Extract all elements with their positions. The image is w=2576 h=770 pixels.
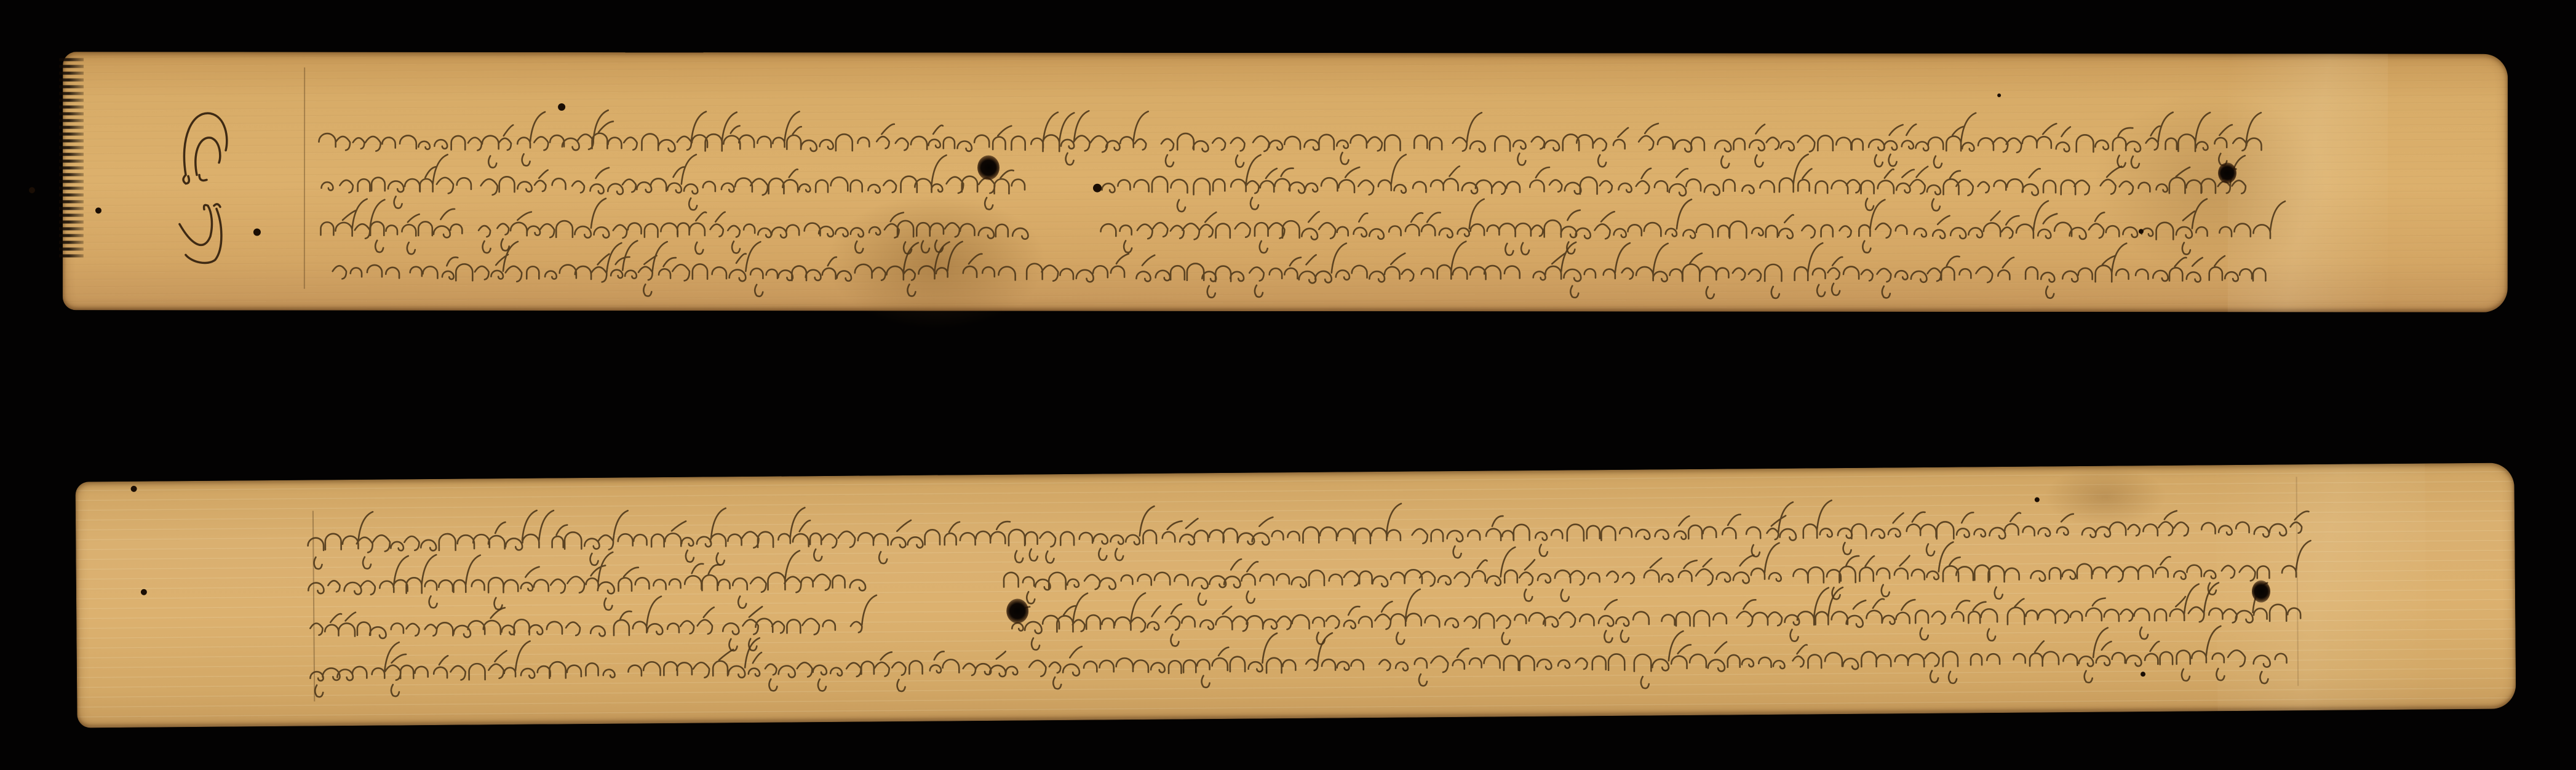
ink-speck (2141, 672, 2145, 677)
binding-hole-left (1006, 598, 1028, 623)
script-line (321, 153, 2245, 213)
manuscript-photo: Photograph of two Burmese-script palm-le… (0, 0, 2576, 770)
script-lines-upper (63, 52, 2508, 312)
palm-leaf-upper (63, 52, 2508, 312)
ink-speck (253, 229, 261, 236)
script-line (308, 496, 2309, 569)
ink-speck (95, 207, 101, 213)
palm-leaf-lower (75, 462, 2516, 728)
script-line (333, 240, 2266, 299)
binding-hole-right (2252, 581, 2270, 603)
ink-speck (131, 486, 137, 492)
ink-speck (558, 103, 565, 111)
script-lines-lower (75, 462, 2516, 728)
script-line (310, 625, 2287, 699)
ink-speck (29, 187, 35, 193)
ink-speck (2035, 497, 2040, 502)
script-line (319, 110, 2261, 169)
ink-speck (141, 589, 147, 595)
ink-speck (2139, 229, 2144, 234)
ink-speck (1093, 184, 1102, 193)
binding-hole-right (2218, 162, 2236, 183)
binding-hole-left (977, 156, 1000, 180)
ink-speck (1997, 93, 2001, 97)
